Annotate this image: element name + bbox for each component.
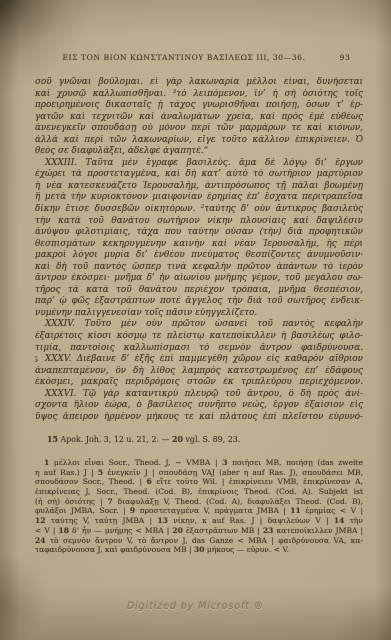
body-line: γατῶν καὶ τεχνιτῶν καὶ ἀναλωμάτων χρεία,… bbox=[35, 112, 363, 124]
reference-note-text: Apok. Joh. 3, 12 u. 21, 2. — bbox=[58, 435, 172, 444]
body-line-text: ἀνύψου φιλοτιμίαις, τάχα που ταύτην οὖσα… bbox=[35, 227, 363, 237]
body-line-text: καὶ δὴ τοῦ παντὸς ὥσπερ τινὰ κεφαλὴν πρῶ… bbox=[35, 262, 363, 272]
body-line-text: θεσπισμάτων κεκηρυγμένην καινὴν καὶ νέαν… bbox=[35, 239, 363, 249]
apparatus-line: 12 ταύτης V, ταύτῃ JMBA | 13 νίκην, κ au… bbox=[35, 516, 363, 526]
body-line-text: τῆρος τὰ κατὰ τοῦ θανάτου περιέχον τρόπα… bbox=[35, 285, 363, 295]
body-line-text: ὕψος ἄπειρον ἠρμένον μήκους τε καὶ πλάτο… bbox=[35, 412, 363, 422]
body-line-text: ἐξαιρέτοις κίοσι κόσμῳ τε πλείστῳ κατεπο… bbox=[35, 331, 363, 341]
body-line: τιμία, παντοίοις καλλωπίσμασι τὸ σεμνὸν … bbox=[35, 343, 363, 355]
body-line: 20παρ’ ᾧ φῶς ἐξαστράπτων ποτὲ ἄγγελος τὴ… bbox=[35, 296, 363, 308]
body-line: ἀναπεπταμένον, ὃν δὴ λίθος λαμπρὸς κατεσ… bbox=[35, 366, 363, 378]
body-line-text: ἣ μετὰ τὴν κυριοκτόνον μιαιφονίαν ἐρημία… bbox=[35, 192, 363, 202]
running-title: ΕΙΣ ΤΟΝ ΒΙΟΝ ΚΩΝΣΤΑΝΤΙΝΟΥ ΒΑΣΙΛΕΩΣ III, … bbox=[48, 53, 320, 62]
body-line-text: ἐχώρει τὰ προστεταγμένα, καὶ δὴ κατ’ αὐτ… bbox=[35, 169, 363, 179]
body-line-text: ἀναπεπταμένον, ὃν δὴ λίθος λαμπρὸς κατεσ… bbox=[35, 366, 363, 376]
body-line: 25XXXV. Διέβαινε δ’ ἑξῆς ἐπὶ παμμεγέθη χ… bbox=[35, 354, 363, 366]
reference-note-linenum: 20 bbox=[172, 435, 183, 444]
body-line-text: ἀλλὰ καὶ περὶ τῶν λακωναρίων, εἴγε τοῦτο… bbox=[35, 135, 363, 145]
body-line: XXXVI. Τῷ γὰρ καταντικρὺ πλευρῷ τοῦ ἄντρ… bbox=[35, 389, 363, 401]
body-line: ἀλλὰ καὶ περὶ τῶν λακωναρίων, εἴγε τοῦτο… bbox=[35, 135, 363, 147]
body-line: ἄντρον ἐκόσμει· μνῆμα δ’ ἦν αἰωνίου μνήμ… bbox=[35, 273, 363, 285]
body-line-text: ἐκόσμει, μακραῖς περιδρόμοις στοῶν ἐκ τρ… bbox=[35, 377, 363, 387]
reference-note-linenum: 15 bbox=[47, 435, 58, 444]
scanned-book-page: ΕΙΣ ΤΟΝ ΒΙΟΝ ΚΩΝΣΤΑΝΤΙΝΟΥ ΒΑΣΙΛΕΩΣ III, … bbox=[0, 0, 391, 640]
body-line: καὶ χρυσῷ καλλωπισθῆναι. ²τὸ λειπόμενον,… bbox=[35, 89, 363, 101]
body-line: δίκην ἔτισε δυσσεβῶν οἰκητόρων. ²ταύτης … bbox=[35, 204, 363, 216]
body-line: σχοντα ἥλιον ἑώρα, ὁ βασίλειος συνῆπτο ν… bbox=[35, 400, 363, 412]
body-line-text: θεὸς σε διαφυλάξει, ἀδελφὲ ἀγαπητέ.“ bbox=[35, 146, 208, 156]
body-line-text: γατῶν καὶ τεχνιτῶν καὶ ἀναλωμάτων χρεία,… bbox=[35, 112, 363, 122]
body-line: ἐκόσμει, μακραῖς περιδρόμοις στοῶν ἐκ τρ… bbox=[35, 377, 363, 389]
body-line: ἀνύψου φιλοτιμίαις, τάχα που ταύτην οὖσα… bbox=[35, 227, 363, 239]
body-line-text: XXXVI. Τῷ γὰρ καταντικρὺ πλευρῷ τοῦ ἄντρ… bbox=[45, 389, 363, 399]
body-line-text: δίκην ἔτισε δυσσεβῶν οἰκητόρων. ²ταύτης … bbox=[35, 204, 363, 214]
apparatus-line: ἐπικρίνειας J, Socr., Theod. (Cod. B), ἐ… bbox=[35, 487, 363, 497]
body-line-text: ἀνενεγκεῖν σπουδάσῃ οὐ μόνον περὶ τῶν μα… bbox=[35, 123, 363, 133]
body-line: προειρημένοις δικασταῖς ᾗ τάχος γνωρισθῆ… bbox=[35, 100, 363, 112]
body-line-text: προειρημένοις δικασταῖς ᾗ τάχος γνωρισθῆ… bbox=[35, 100, 363, 110]
body-line-text: τιμία, παντοίοις καλλωπίσμασι τὸ σεμνὸν … bbox=[35, 343, 363, 353]
body-line: νυμένην παλιγγενεσίαν τοῖς πᾶσιν εὐηγγελ… bbox=[35, 308, 363, 320]
body-line-text: XXXIII. Ταῦτα μὲν ἔγραφε βασιλεύς. ἅμα δ… bbox=[45, 158, 363, 168]
body-line-text: μακροὶ λόγοι μυρία δι’ ἐνθέου πνεύματος … bbox=[35, 250, 363, 260]
body-line: 15θεσπισμάτων κεκηρυγμένην καινὴν καὶ νέ… bbox=[35, 239, 363, 251]
apparatus-line: < V | 18 δ’ ἦν — μνήμης < MBA | 20 ἐξαστ… bbox=[35, 526, 363, 536]
greek-body-text: σοῦ γνῶναι βούλομαι. εἰ γὰρ λακωναρία μέ… bbox=[35, 77, 363, 423]
apparatus-line: 1 μέλλοι εἶναι Socr., Theod. J, ∼ VMBA |… bbox=[35, 458, 363, 468]
body-line-text: καὶ χρυσῷ καλλωπισθῆναι. ²τὸ λειπόμενον,… bbox=[35, 89, 363, 99]
body-line: ἣ μετὰ τὴν κυριοκτόνον μιαιφονίαν ἐρημία… bbox=[35, 192, 363, 204]
body-line-text: ἄντρον ἐκόσμει· μνῆμα δ’ ἦν αἰωνίου μνήμ… bbox=[35, 273, 363, 283]
body-line: θεὸς σε διαφυλάξει, ἀδελφὲ ἀγαπητέ.“ bbox=[35, 146, 363, 158]
page-number: 93 bbox=[332, 53, 358, 62]
body-line: ἐχώρει τὰ προστεταγμένα, καὶ δὴ κατ’ αὐτ… bbox=[35, 169, 363, 181]
body-line: καὶ δὴ τοῦ παντὸς ὥσπερ τινὰ κεφαλὴν πρῶ… bbox=[35, 262, 363, 274]
microsoft-watermark: Digitized by Microsoft ® bbox=[0, 601, 391, 612]
body-line: τῆρος τὰ κατὰ τοῦ θανάτου περιέχον τρόπα… bbox=[35, 285, 363, 297]
apparatus-line: ταφαιδρύνουσα J, καὶ φαιδρύνουσα MB | 30… bbox=[35, 545, 363, 555]
body-line-text: ἡ νέα κατεσκευάζετο Ἱερουσαλήμ, ἀντιπρόσ… bbox=[35, 181, 363, 191]
body-line: 10ἡ νέα κατεσκευάζετο Ἱερουσαλήμ, ἀντιπρ… bbox=[35, 181, 363, 193]
apparatus-line: η auf Ras.) J | 5 ἐνεγκεῖν J | σπουδάσῃ … bbox=[35, 468, 363, 478]
body-line-text: νυμένην παλιγγενεσίαν τοῖς πᾶσιν εὐηγγελ… bbox=[35, 308, 257, 318]
body-line: XXXIII. Ταῦτα μὲν ἔγραφε βασιλεύς. ἅμα δ… bbox=[35, 158, 363, 170]
body-line-text: τὴν κατὰ τοῦ θανάτου σωτήριον νίκην πλου… bbox=[35, 216, 363, 226]
apparatus-line: (ἡ σὴ) ὁσιότης | 7 διαφυλάξῃ V, Theod. (… bbox=[35, 497, 363, 507]
page-header: ΕΙΣ ΤΟΝ ΒΙΟΝ ΚΩΝΣΤΑΝΤΙΝΟΥ ΒΑΣΙΛΕΩΣ III, … bbox=[0, 53, 391, 65]
body-line-text: σχοντα ἥλιον ἑώρα, ὁ βασίλειος συνῆπτο ν… bbox=[35, 400, 363, 410]
body-line: XXXIV. Τοῦτο μὲν οὖν πρῶτον ὡσανεὶ τοῦ π… bbox=[35, 319, 363, 331]
body-line-text: παρ’ ᾧ φῶς ἐξαστράπτων ποτὲ ἄγγελος τὴν … bbox=[35, 296, 363, 306]
reference-note: 15 Apok. Joh. 3, 12 u. 21, 2. — 20 vgl. … bbox=[47, 435, 240, 444]
apparatus-line: φυλάξοι JMBA, Socr. | 9 προστεταγμένα V,… bbox=[35, 506, 363, 516]
body-line-text: σοῦ γνῶναι βούλομαι. εἰ γὰρ λακωναρία μέ… bbox=[35, 77, 363, 87]
body-line: 30ὕψος ἄπειρον ἠρμένον μήκους τε καὶ πλά… bbox=[35, 412, 363, 424]
reference-note-text: vgl. S. 89, 23. bbox=[183, 435, 240, 444]
body-line: ἐξαιρέτοις κίοσι κόσμῳ τε πλείστῳ κατεπο… bbox=[35, 331, 363, 343]
apparatus-line: 24 τὸ σεμνὸν ἄντρον V, τὸ ἄντρον J, das … bbox=[35, 536, 363, 546]
body-line-text: XXXV. Διέβαινε δ’ ἑξῆς ἐπὶ παμμεγέθη χῶρ… bbox=[45, 354, 363, 364]
critical-apparatus: 1 μέλλοι εἶναι Socr., Theod. J, ∼ VMBA |… bbox=[35, 458, 363, 555]
body-line: μακροὶ λόγοι μυρία δι’ ἐνθέου πνεύματος … bbox=[35, 250, 363, 262]
body-line-text: XXXIV. Τοῦτο μὲν οὖν πρῶτον ὡσανεὶ τοῦ π… bbox=[45, 319, 363, 329]
body-line: σοῦ γνῶναι βούλομαι. εἰ γὰρ λακωναρία μέ… bbox=[35, 77, 363, 89]
apparatus-line: σπουδάσον Socr., Theod. | 6 εἴτε τοῦτο W… bbox=[35, 477, 363, 487]
body-line: τὴν κατὰ τοῦ θανάτου σωτήριον νίκην πλου… bbox=[35, 216, 363, 228]
body-line: 5ἀνενεγκεῖν σπουδάσῃ οὐ μόνον περὶ τῶν μ… bbox=[35, 123, 363, 135]
